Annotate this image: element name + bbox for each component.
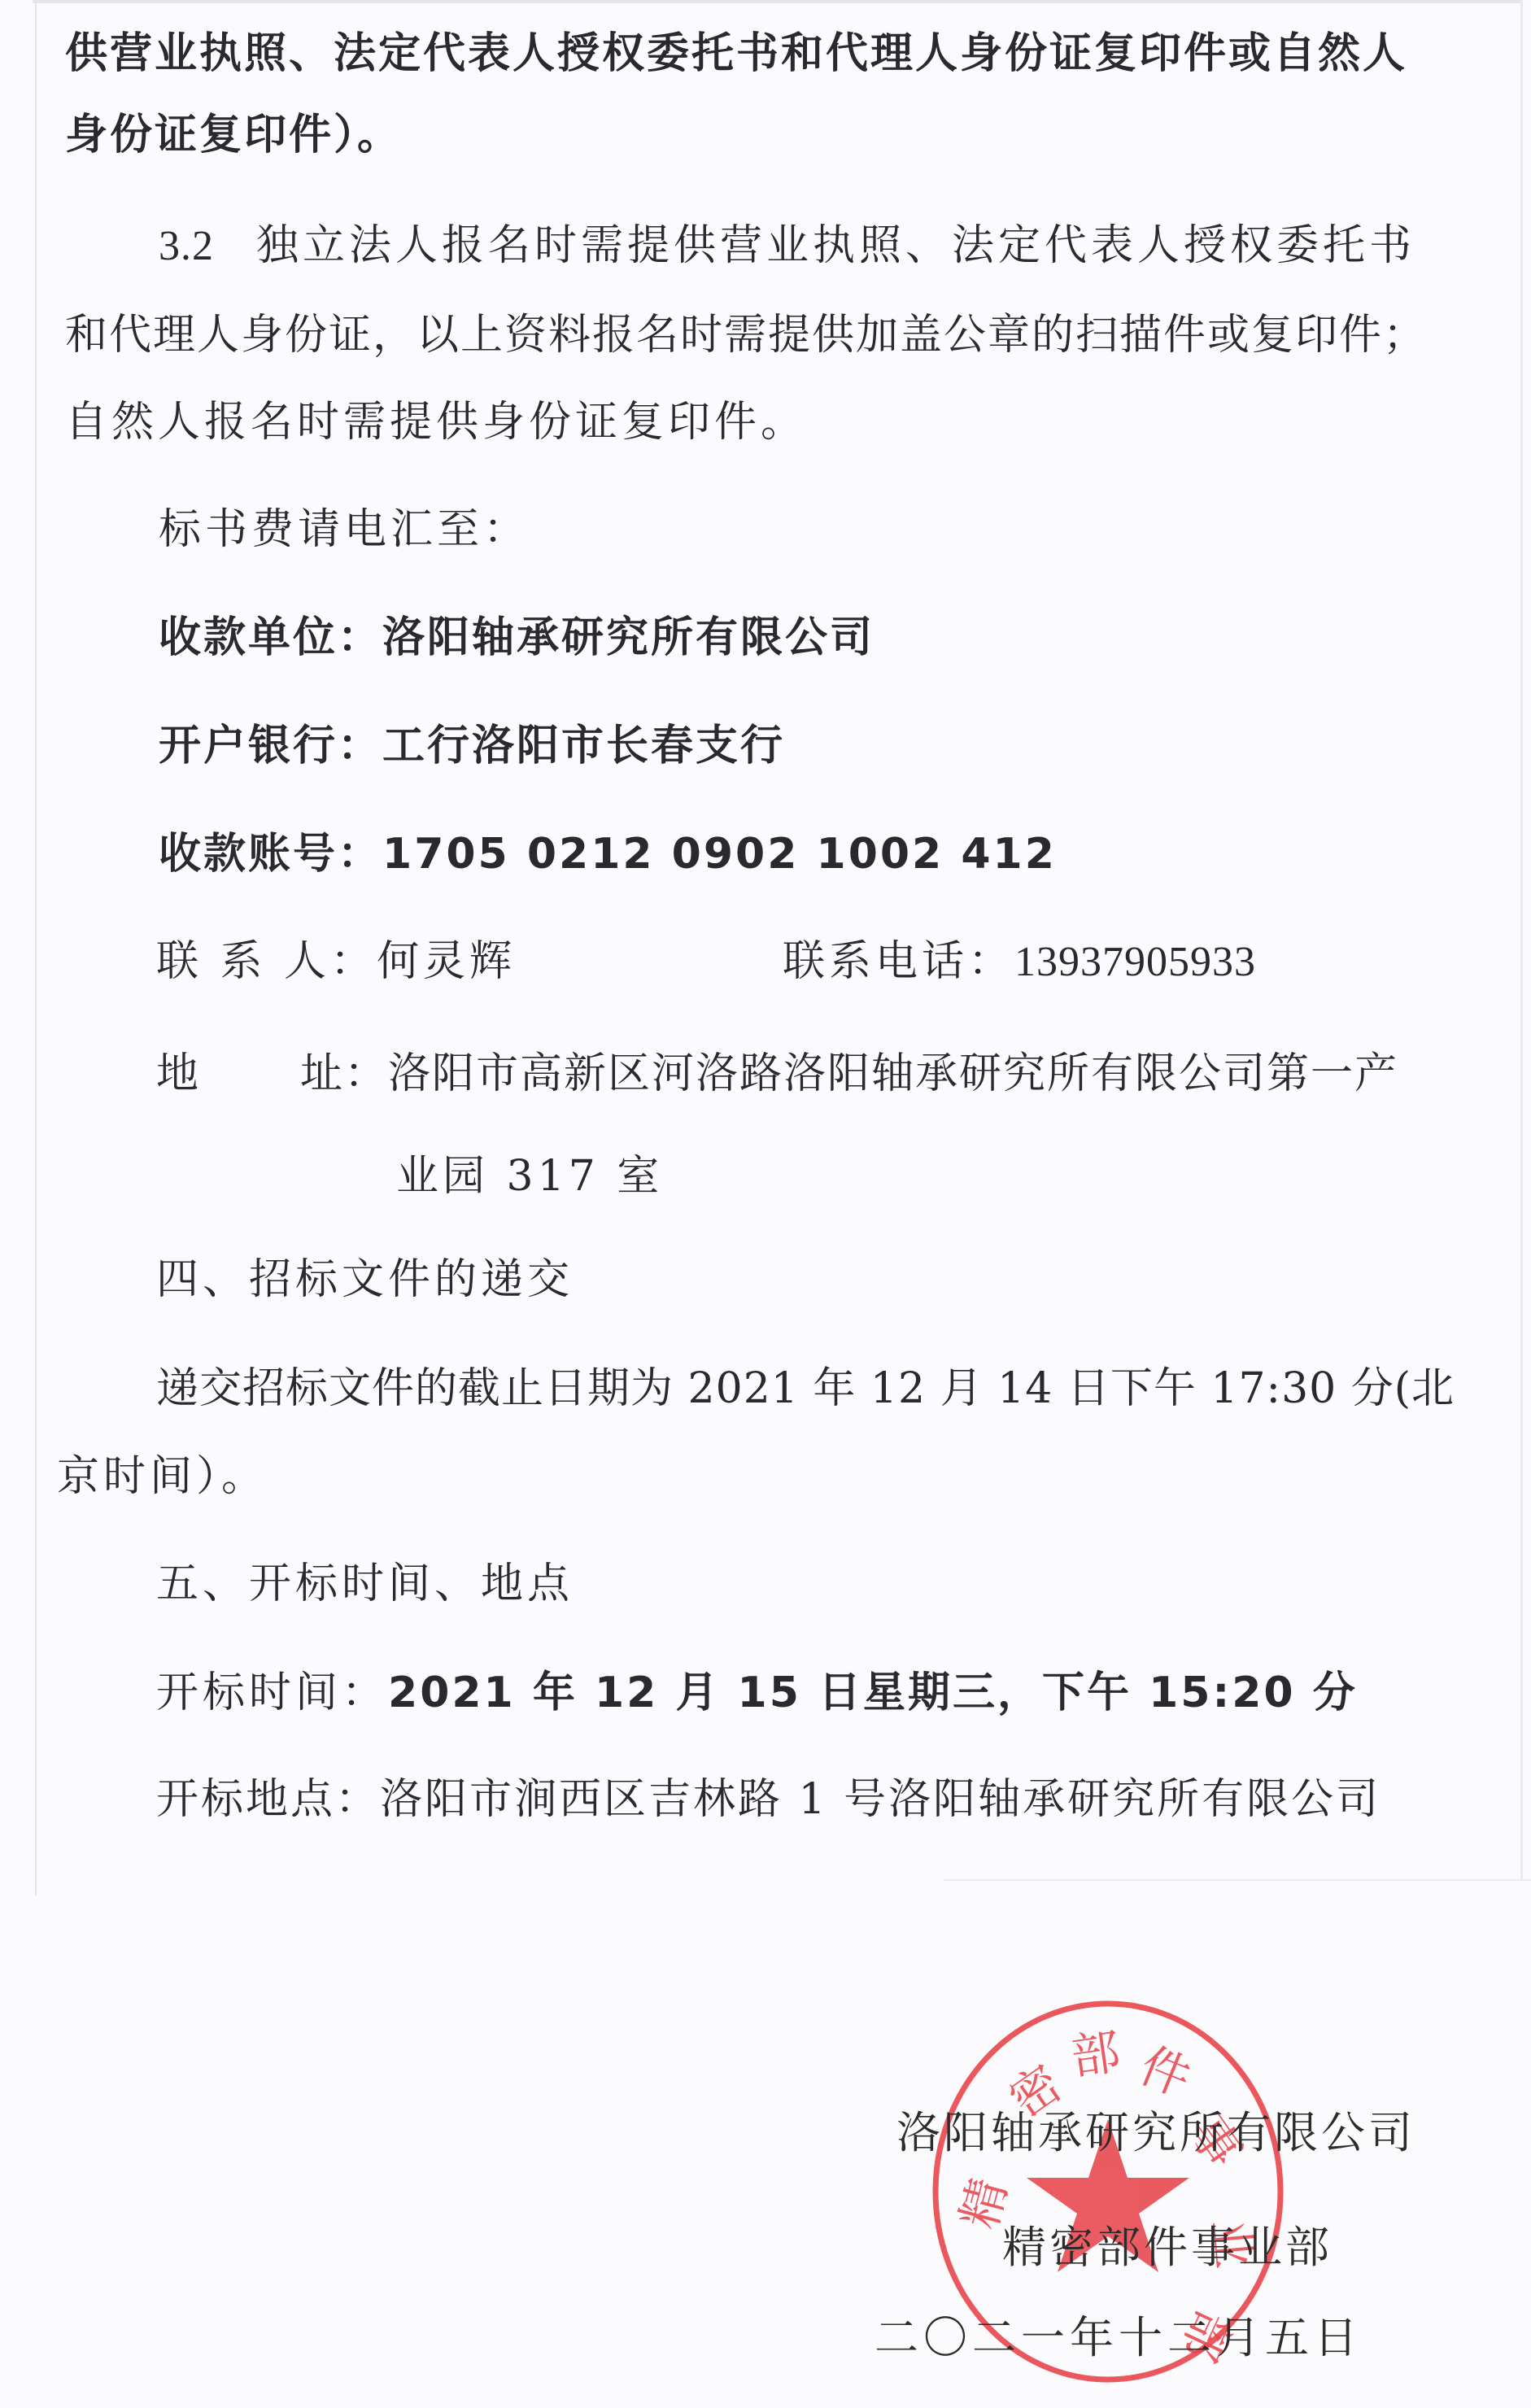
signature-department: 精密部件事业部 bbox=[1002, 2222, 1333, 2274]
address-line-2: 业园 317 室 bbox=[396, 1150, 663, 1202]
section-number: 3.2 bbox=[159, 223, 214, 269]
opening-place-row: 开标地点：洛阳市涧西区吉林路 1 号洛阳轴承研究所有限公司 bbox=[156, 1773, 1381, 1826]
signature-date: 二〇二一年十二月五日 bbox=[875, 2312, 1363, 2364]
seal-char: 部 bbox=[1067, 2023, 1123, 2087]
account-label: 收款账号： bbox=[159, 830, 382, 879]
contact-phone-value: 13937905933 bbox=[1014, 939, 1256, 985]
seal-char: 件 bbox=[1132, 2037, 1198, 2108]
section-3-2: 3.2独立法人报名时需提供营业执照、法定代表人授权委托书 bbox=[159, 220, 1415, 272]
scan-border-bottom bbox=[944, 1879, 1531, 1881]
section-3-2-line-2: 和代理人身份证，以上资料报名时需提供加盖公章的扫描件或复印件； bbox=[65, 309, 1427, 361]
contact-person-value: 何灵辉 bbox=[377, 937, 516, 986]
payee-value: 洛阳轴承研究所有限公司 bbox=[382, 613, 875, 662]
contact-phone-row: 联系电话：13937905933 bbox=[783, 936, 1256, 988]
account-row: 收款账号：1705 0212 0902 1002 412 bbox=[159, 828, 1057, 880]
scan-border-top bbox=[33, 0, 1521, 3]
section-3-2-line-1: 独立法人报名时需提供营业执照、法定代表人授权委托书 bbox=[256, 221, 1415, 270]
scan-border-right bbox=[1520, 0, 1523, 1879]
section-4-body-line-1: 递交招标文件的截止日期为 2021 年 12 月 14 日下午 17:30 分(… bbox=[156, 1363, 1455, 1415]
signature-company: 洛阳轴承研究所有限公司 bbox=[896, 2107, 1415, 2159]
address-line-1: 洛阳市高新区河洛路洛阳轴承研究所有限公司第一产 bbox=[388, 1049, 1398, 1098]
continuation-line-2: 身份证复印件）。 bbox=[65, 109, 402, 161]
bank-label: 开户银行： bbox=[159, 722, 382, 770]
section-5-heading: 五、开标时间、地点 bbox=[156, 1558, 574, 1610]
section-4-heading: 四、招标文件的递交 bbox=[156, 1254, 574, 1306]
payment-intro: 标书费请电汇至： bbox=[159, 504, 530, 556]
opening-time-label: 开标时间： bbox=[156, 1669, 388, 1717]
scan-border-left bbox=[35, 0, 37, 1895]
address-label-1: 地 bbox=[156, 1048, 203, 1100]
section-3-2-line-3: 自然人报名时需提供身份证复印件。 bbox=[65, 396, 807, 448]
section-4-body-line-2: 京时间）。 bbox=[57, 1450, 268, 1503]
payee-label: 收款单位： bbox=[159, 613, 382, 662]
continuation-line-1: 供营业执照、法定代表人授权委托书和代理人身份证复印件或自然人 bbox=[65, 28, 1407, 80]
account-value: 1705 0212 0902 1002 412 bbox=[382, 830, 1057, 879]
payee-row: 收款单位：洛阳轴承研究所有限公司 bbox=[159, 612, 875, 664]
bank-row: 开户银行：工行洛阳市长春支行 bbox=[159, 720, 785, 772]
contact-person-label: 联 系 人： bbox=[156, 937, 377, 986]
opening-time-row: 开标时间：2021 年 12 月 15 日星期三，下午 15:20 分 bbox=[156, 1667, 1358, 1719]
bank-value: 工行洛阳市长春支行 bbox=[382, 722, 785, 770]
contact-person-row: 联 系 人：何灵辉 bbox=[156, 936, 516, 988]
opening-place-label: 开标地点： bbox=[156, 1775, 380, 1824]
address-row: 址：洛阳市高新区河洛路洛阳轴承研究所有限公司第一产 bbox=[300, 1048, 1398, 1100]
contact-phone-label: 联系电话： bbox=[783, 937, 1014, 986]
opening-time-value: 2021 年 12 月 15 日星期三，下午 15:20 分 bbox=[388, 1669, 1358, 1717]
opening-place-value: 洛阳市涧西区吉林路 1 号洛阳轴承研究所有限公司 bbox=[380, 1775, 1381, 1824]
address-label-2: 址： bbox=[300, 1049, 388, 1098]
